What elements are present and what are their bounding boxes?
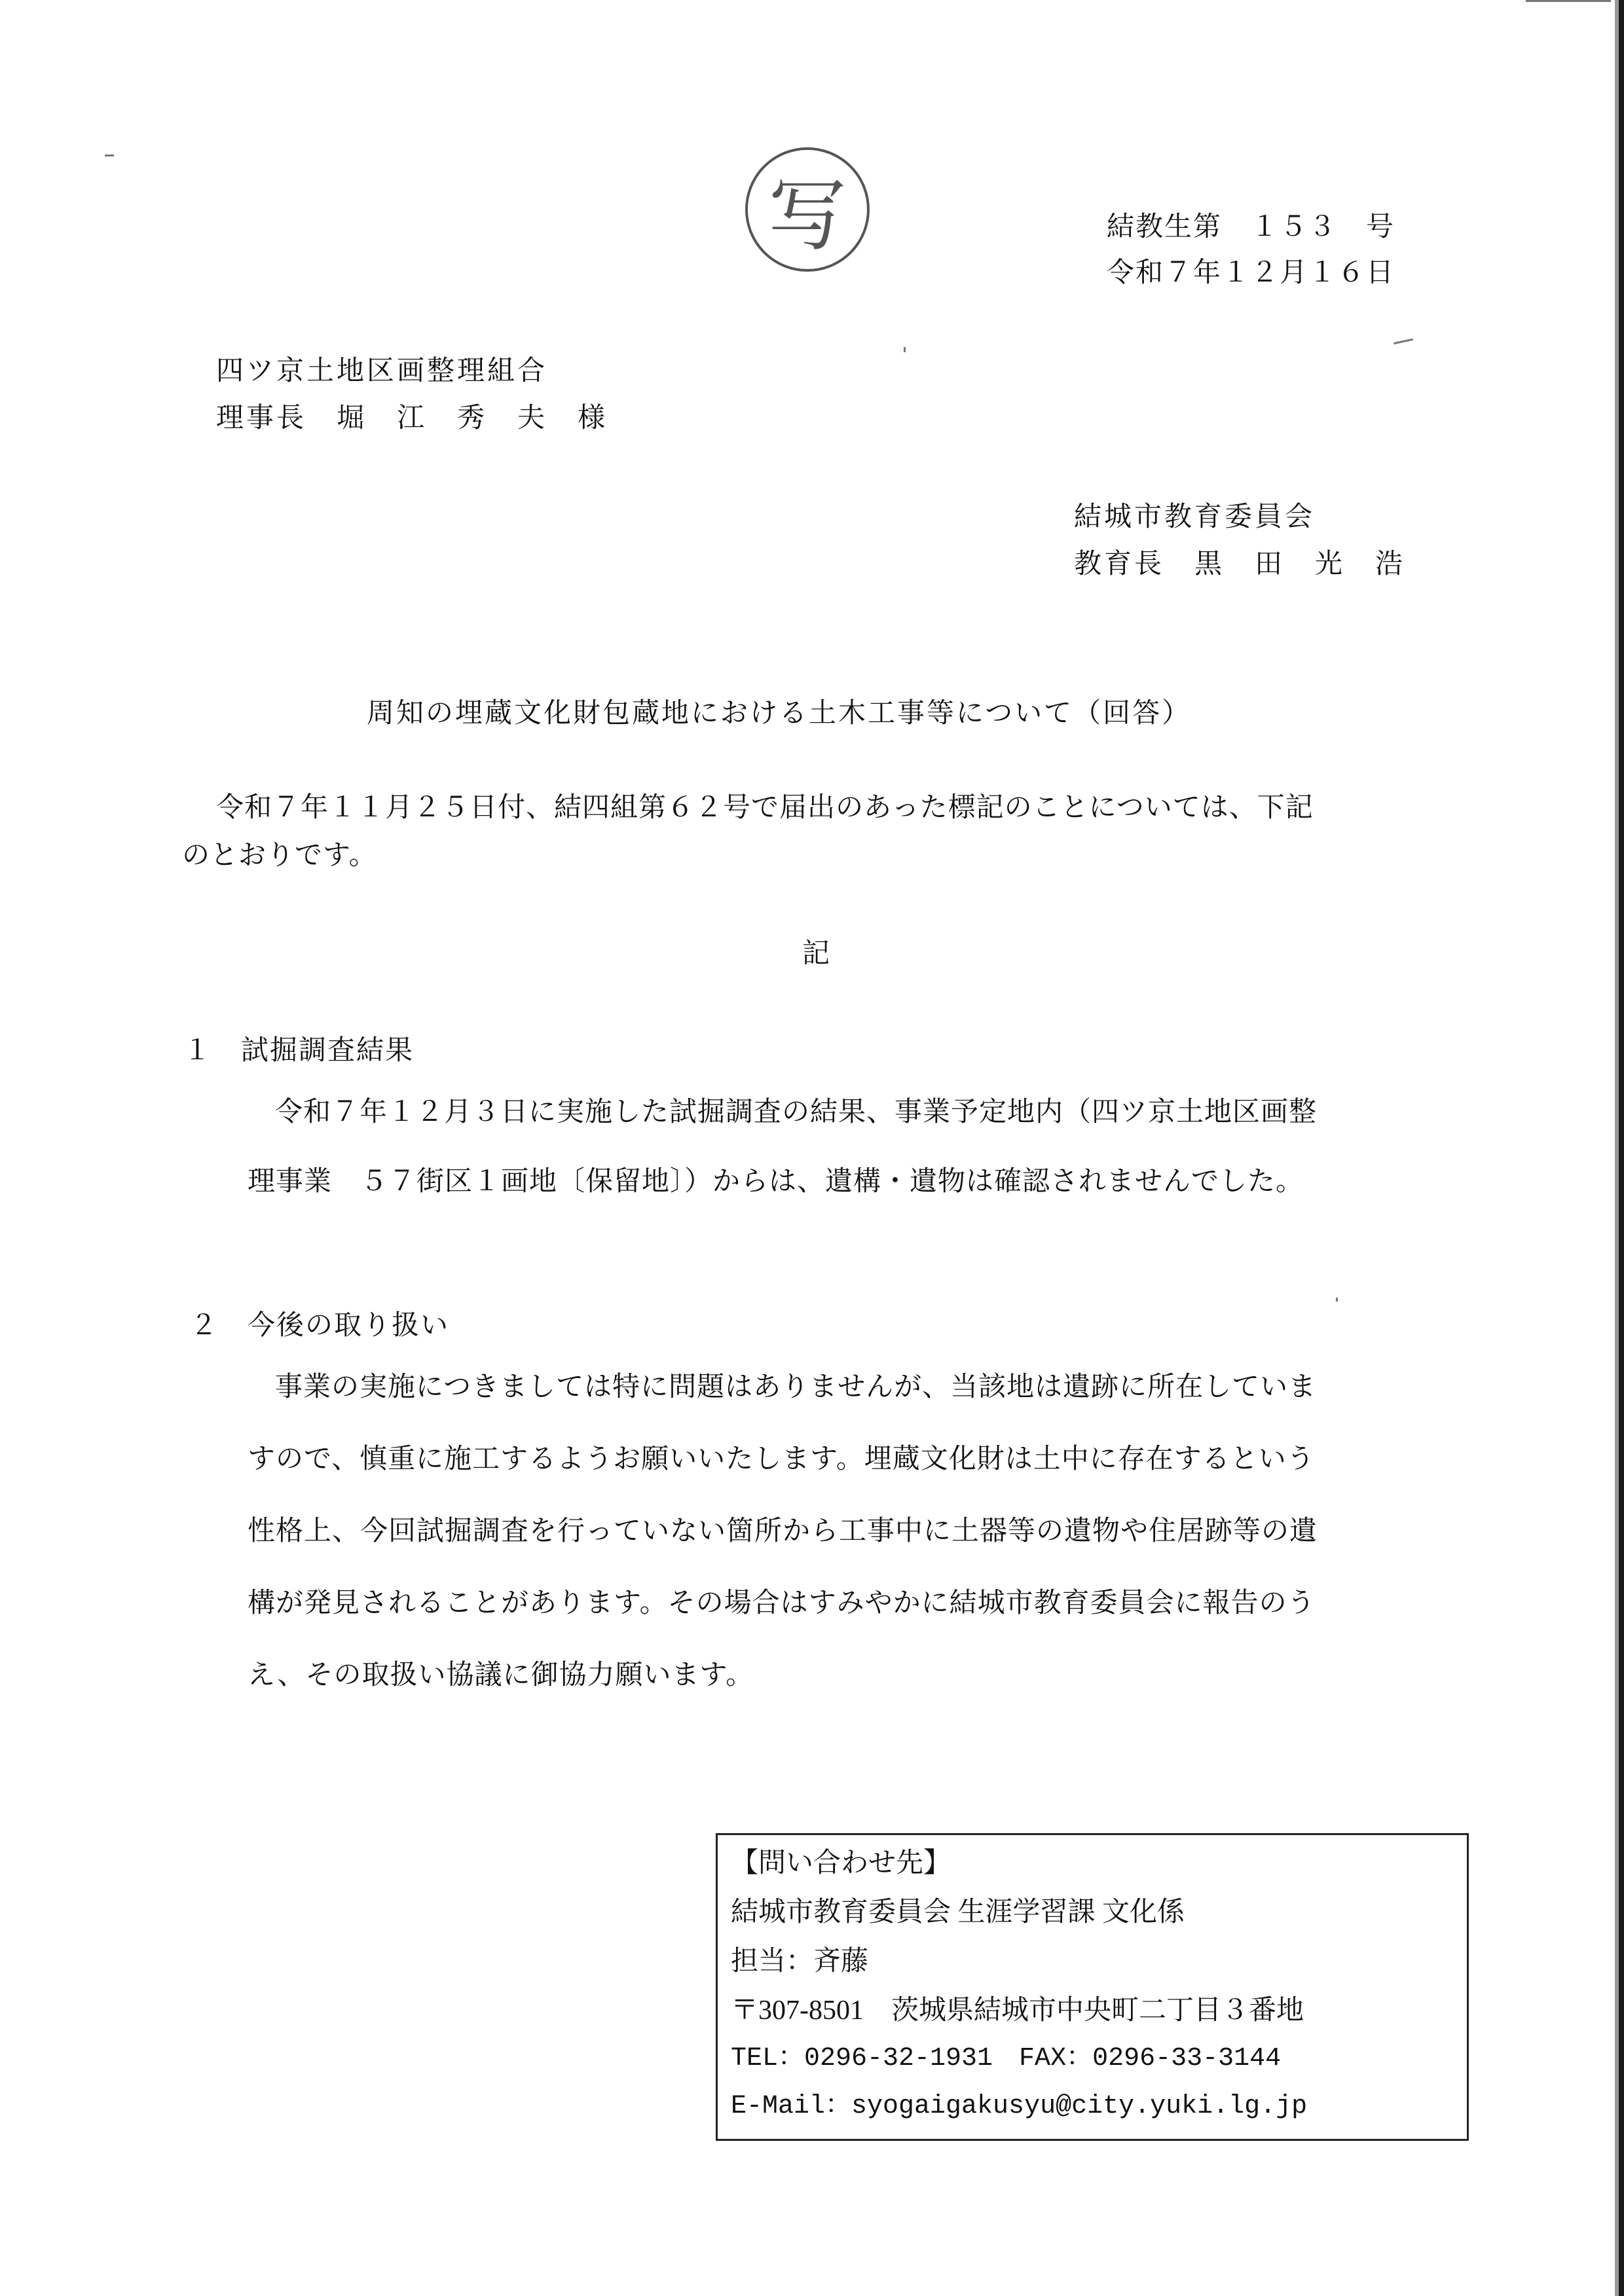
- section-2-line: 事業の実施につきましては特に問題はありませんが、当該地は遺跡に所在していま: [275, 1373, 1316, 1400]
- scan-edge-right: [1619, 0, 1624, 2296]
- recipient-name: 理事長 堀 江 秀 夫 様: [216, 404, 608, 431]
- section-2-line: え、その取扱い協議に御協力願います。: [248, 1661, 754, 1688]
- recipient-organization: 四ツ京土地区画整理組合: [216, 357, 547, 384]
- scan-speck: [1336, 1298, 1338, 1302]
- sender-organization: 結城市教育委員会: [1074, 503, 1315, 530]
- section-2-line: 構が発見されることがあります。その場合はすみやかに結城市教育委員会に報告のう: [248, 1589, 1316, 1616]
- document-title: 周知の埋蔵文化財包蔵地における土木工事等について（回答）: [367, 699, 1191, 727]
- copy-stamp: 写: [745, 147, 870, 272]
- stamp-glyph: 写: [768, 153, 847, 266]
- section-1-line: 令和７年１２月３日に実施した試掘調査の結果、事業予定地内（四ツ京土地区画整: [275, 1098, 1317, 1125]
- section-2-line: 性格上、今回試掘調査を行っていない箇所から工事中に土器等の遺物や住居跡等の遺: [248, 1517, 1318, 1544]
- contact-address: 〒307-8501 茨城県結城市中央町二丁目３番地: [731, 1997, 1304, 2024]
- contact-heading: 【問い合わせ先】: [731, 1850, 951, 1877]
- sender-name: 教育長 黒 田 光 浩: [1074, 550, 1405, 577]
- intro-line-1: 令和７年１１月２５日付、結四組第６２号で届出のあった標記のことについては、下記: [216, 793, 1314, 821]
- intro-line-2: のとおりです。: [182, 841, 377, 869]
- section-2-line: すので、慎重に施工するようお願いいたします。埋蔵文化財は土中に存在するという: [248, 1445, 1315, 1472]
- section-1-line: 理事業 ５７街区１画地〔保留地〕）からは、遺構・遺物は確認されませんでした。: [248, 1167, 1304, 1195]
- ki-marker: 記: [802, 939, 831, 967]
- section-2-heading: ２ 今後の取り扱い: [190, 1311, 449, 1339]
- scan-speck: [904, 347, 906, 352]
- scan-speck: [1393, 338, 1413, 344]
- contact-box: 【問い合わせ先】 結城市教育委員会 生涯学習課 文化係 担当：斉藤 〒307-8…: [716, 1833, 1469, 2141]
- contact-person: 担当：斉藤: [731, 1948, 868, 1975]
- scan-edge-top: [1526, 0, 1611, 2]
- document-number: 結教生第 １５３ 号: [1107, 213, 1395, 240]
- contact-email: E-Mail：syogaigakusyu@city.yuki.lg.jp: [731, 2094, 1307, 2120]
- contact-department: 結城市教育委員会 生涯学習課 文化係: [731, 1899, 1185, 1926]
- contact-tel-fax: TEL：0296-32-1931 FAX：0296-33-3144: [731, 2046, 1281, 2072]
- document-date: 令和７年１２月１６日: [1107, 259, 1395, 286]
- section-1-heading: １ 試掘調査結果: [183, 1036, 414, 1064]
- scan-speck: [105, 155, 114, 156]
